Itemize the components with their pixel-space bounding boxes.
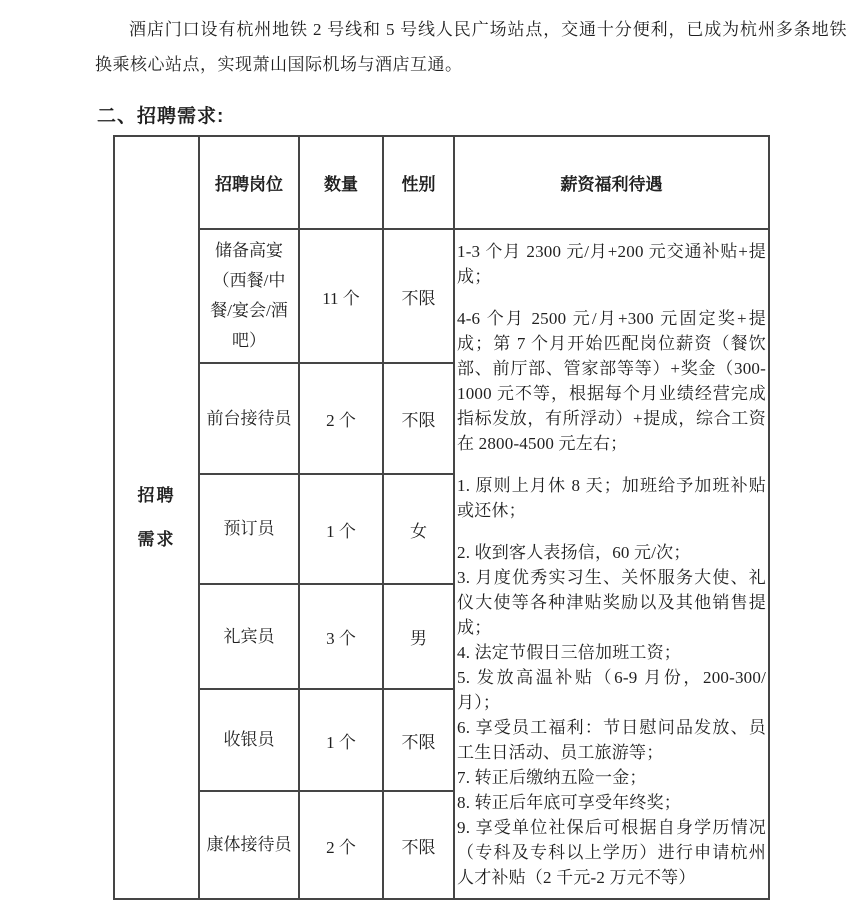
salary-paragraph: 2. 收到客人表扬信，60 元/次； (457, 540, 766, 565)
row-group-label-cell: 招聘需求 (114, 136, 199, 899)
salary-paragraph: 4. 法定节假日三倍加班工资； (457, 640, 766, 665)
position-cell: 礼宾员 (199, 584, 299, 689)
salary-paragraph: 3. 月度优秀实习生、关怀服务大使、礼仪大使等各种津贴奖励以及其他销售提成； (457, 565, 766, 640)
quantity-cell: 3 个 (299, 584, 383, 689)
salary-paragraph: 7. 转正后缴纳五险一金； (457, 765, 766, 790)
recruitment-table: 招聘需求 招聘岗位 数量 性别 薪资福利待遇 储备高宴（西餐/中餐/宴会/酒吧）… (113, 135, 770, 900)
quantity-cell: 1 个 (299, 474, 383, 584)
gender-cell: 女 (383, 474, 454, 584)
row-group-label: 招聘需求 (137, 474, 176, 562)
gender-cell: 不限 (383, 229, 454, 363)
table-row: 储备高宴（西餐/中餐/宴会/酒吧） 11 个 不限 1-3 个月 2300 元/… (114, 229, 769, 363)
quantity-cell: 2 个 (299, 791, 383, 899)
salary-paragraph: 1. 原则上月休 8 天；加班给予加班补贴或还休； (457, 473, 766, 523)
salary-paragraph: 6. 享受员工福利：节日慰问品发放、员工生日活动、员工旅游等； (457, 715, 766, 765)
position-cell: 收银员 (199, 689, 299, 791)
position-cell: 康体接待员 (199, 791, 299, 899)
gender-cell: 不限 (383, 689, 454, 791)
quantity-cell: 1 个 (299, 689, 383, 791)
salary-paragraph: 4-6 个月 2500 元/月+300 元固定奖+提成；第 7 个月开始匹配岗位… (457, 306, 766, 456)
position-cell: 储备高宴（西餐/中餐/宴会/酒吧） (199, 229, 299, 363)
salary-benefits-cell: 1-3 个月 2300 元/月+200 元交通补贴+提成； 4-6 个月 250… (454, 229, 769, 899)
gender-cell: 男 (383, 584, 454, 689)
section-heading: 二、招聘需求: (97, 101, 866, 128)
gender-cell: 不限 (383, 363, 454, 474)
table-header-row: 招聘需求 招聘岗位 数量 性别 薪资福利待遇 (114, 136, 769, 229)
column-header-gender: 性别 (383, 136, 454, 229)
salary-paragraph: 5. 发放高温补贴（6-9 月份，200-300/月）； (457, 665, 766, 715)
column-header-salary: 薪资福利待遇 (454, 136, 769, 229)
salary-paragraph: 1-3 个月 2300 元/月+200 元交通补贴+提成； (457, 239, 766, 289)
salary-paragraph: 8. 转正后年底可享受年终奖； (457, 790, 766, 815)
column-header-position: 招聘岗位 (199, 136, 299, 229)
column-header-quantity: 数量 (299, 136, 383, 229)
quantity-cell: 11 个 (299, 229, 383, 363)
salary-paragraph: 9. 享受单位社保后可根据自身学历情况（专科及专科以上学历）进行申请杭州人才补贴… (457, 815, 766, 890)
position-cell: 前台接待员 (199, 363, 299, 474)
intro-paragraph: 酒店门口设有杭州地铁 2 号线和 5 号线人民广场站点，交通十分便利，已成为杭州… (95, 12, 847, 82)
document-page: 酒店门口设有杭州地铁 2 号线和 5 号线人民广场站点，交通十分便利，已成为杭州… (0, 0, 866, 912)
quantity-cell: 2 个 (299, 363, 383, 474)
position-cell: 预订员 (199, 474, 299, 584)
gender-cell: 不限 (383, 791, 454, 899)
